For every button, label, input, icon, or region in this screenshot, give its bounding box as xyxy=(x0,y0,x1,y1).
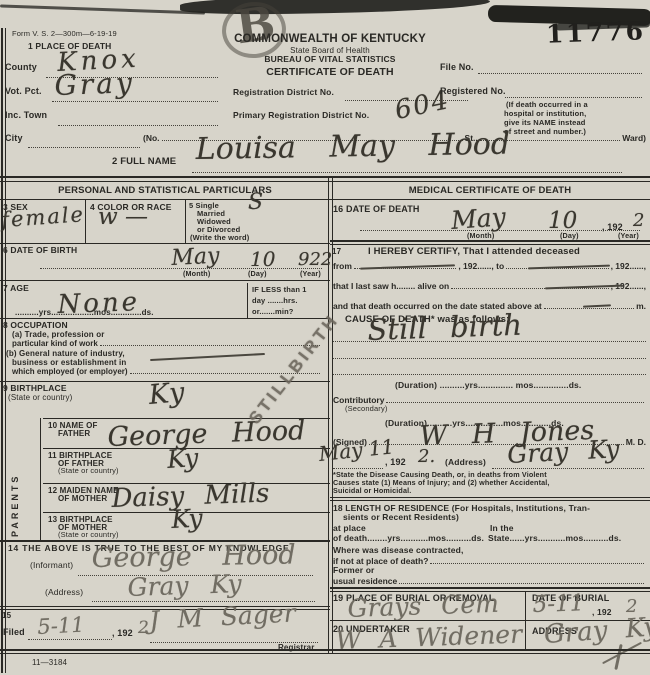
sex-value-handwritten: female xyxy=(1,204,86,231)
father-bp-handwritten: Ky xyxy=(166,445,199,472)
former-residence-label: usual residence xyxy=(333,576,397,586)
burial-date-handwritten: 5-11 xyxy=(532,592,584,617)
informant-value-handwritten: George Hood xyxy=(92,541,296,572)
file-no-line xyxy=(478,72,642,74)
certificate-number: 11776 xyxy=(546,16,646,48)
rule-under-dod1 xyxy=(330,240,650,242)
age-value-handwritten: None xyxy=(57,289,140,318)
city-line xyxy=(28,146,140,148)
death-certificate-scan: B 11776 Form V. S. 2—300m—6-19-19 1 PLAC… xyxy=(0,0,650,675)
registered-no-line xyxy=(505,96,642,98)
occupation-handwritten-dash xyxy=(150,353,265,361)
column-title-underline xyxy=(0,199,650,200)
age-ifless-divider xyxy=(247,283,248,318)
occupation-b1: (b) General nature of industry, xyxy=(6,349,125,358)
inc-town-label: Inc. Town xyxy=(5,110,47,120)
md-label: M. D. xyxy=(626,437,646,447)
mother-bp-label-3: (State or country) xyxy=(58,531,119,540)
footnote-line3: Suicidal or Homicidal. xyxy=(333,487,411,495)
vot-pct-value-handwritten: Gray xyxy=(54,69,135,100)
informant-label: (Informant) xyxy=(30,561,73,571)
former-residence-blank xyxy=(399,582,644,584)
filed-date-handwritten: 5-11 xyxy=(37,615,85,638)
certify-from-label: from xyxy=(333,261,352,271)
cause-line-3 xyxy=(333,373,646,375)
registrar-signature-handwritten: J M Sager xyxy=(149,600,296,633)
birthplace-sub: (State or country) xyxy=(8,393,73,402)
occupation-b3-row: which employed (or employer) xyxy=(12,367,322,376)
primary-reg-label: Primary Registration District No. xyxy=(233,111,369,121)
scan-line-top-left xyxy=(0,4,205,14)
certify-lastsaw-label: that I last saw h........ alive on xyxy=(333,281,449,291)
certify-m-label: m. xyxy=(636,301,646,311)
plate-number: 11—3184 xyxy=(32,658,67,667)
header-divider-top xyxy=(0,176,650,178)
full-name-label: 2 FULL NAME xyxy=(112,157,176,168)
org-commonwealth: COMMONWEALTH OF KENTUCKY xyxy=(195,33,465,46)
father-name-label-2: FATHER xyxy=(58,429,90,438)
not-at-place-row: if not at place of death? xyxy=(333,556,646,566)
burial-place-handwritten: Grays Cem xyxy=(347,591,499,621)
section-15-number: 15 xyxy=(2,611,11,620)
dob-year-unit: (Year) xyxy=(300,270,321,278)
dod-label: 16 DATE OF DEATH xyxy=(333,204,420,214)
ifless-line2: day .......hrs. xyxy=(252,297,298,306)
dod-day-handwritten: 10 xyxy=(548,210,577,233)
contributory-blank xyxy=(386,401,644,403)
father-name-handwritten: George Hood xyxy=(107,417,306,451)
reg-district-label: Registration District No. xyxy=(233,88,334,98)
header-divider-bottom xyxy=(0,181,650,182)
scan-smudge-top-center xyxy=(180,0,490,16)
medical-section-title: MEDICAL CERTIFICATE OF DEATH xyxy=(330,186,650,197)
org-certificate-title: CERTIFICATE OF DEATH xyxy=(195,66,465,78)
father-bp-label-3: (State or country) xyxy=(58,467,119,476)
city-label: City xyxy=(5,133,23,143)
rule-under-footnote1 xyxy=(330,497,650,498)
filed-year-handwritten: 2 xyxy=(138,620,149,637)
rule-under-footnote2 xyxy=(330,500,650,501)
dob-year-handwritten: 922 xyxy=(298,251,332,269)
birthplace-value-handwritten: Ky xyxy=(148,379,188,409)
dob-month-unit: (Month) xyxy=(183,270,210,278)
vot-pct-label: Vot. Pct. xyxy=(5,86,42,96)
age-label: 7 AGE xyxy=(3,284,29,294)
mother-bp-handwritten: Ky xyxy=(171,505,203,532)
sign-year-handwritten: 2. xyxy=(418,448,435,466)
bottom-rule-1 xyxy=(0,649,650,651)
certify-192-to: , 192......, to xyxy=(458,261,504,271)
county-label: County xyxy=(5,62,37,72)
not-at-place-blank xyxy=(430,562,644,564)
occupation-b2: business or establishment in xyxy=(12,358,126,367)
occupation-b3: which employed (or employer) xyxy=(12,367,128,376)
race-value-handwritten: w — xyxy=(98,206,148,229)
informant-address-handwritten: Gray Ky xyxy=(127,571,242,600)
file-no-label: File No. xyxy=(440,62,474,72)
full-name-value-handwritten: Louisa May Hood xyxy=(195,130,510,165)
marital-label-5: (Write the word) xyxy=(190,234,249,243)
occupation-a2: particular kind of work xyxy=(12,339,98,348)
rule-under-dob xyxy=(0,280,330,281)
sign-date-line xyxy=(333,467,383,469)
informant-address-label: (Address) xyxy=(45,588,83,598)
filed-label: Filed xyxy=(3,627,25,637)
dob-month-handwritten: May xyxy=(171,246,220,270)
certify-line1: I HEREBY CERTIFY, That I attended deceas… xyxy=(368,247,580,258)
occupation-a1: (a) Trade, profession or xyxy=(12,330,105,339)
occupation-a2-row: particular kind of work xyxy=(12,339,322,348)
cause-line-2 xyxy=(333,357,646,359)
dod-year-handwritten: 2 xyxy=(633,212,644,230)
full-name-line xyxy=(192,171,622,173)
duration-line-1: (Duration) ..........yrs.............. m… xyxy=(395,381,581,391)
registered-no-label: Registered No. xyxy=(440,86,506,96)
undertaker-address-handwritten: Gray Ky xyxy=(543,614,650,648)
dob-day-handwritten: 10 xyxy=(250,249,275,269)
former-label-1: Former or xyxy=(333,566,375,576)
form-number: Form V. S. 2—300m—6-19-19 xyxy=(12,30,117,39)
sign-address-handwritten: Gray Ky xyxy=(507,436,620,467)
left-border-outer xyxy=(1,28,3,673)
ifless-line1: IF LESS than 1 xyxy=(252,286,307,295)
state-units-line: State......yrs...........mos..........ds… xyxy=(488,534,621,544)
dod-month-handwritten: May xyxy=(450,204,506,233)
sign-address-label: (Address) xyxy=(445,458,486,468)
residence-label-2: sients or Recent Residents) xyxy=(343,513,459,523)
city-no-label: (No. xyxy=(143,133,160,143)
inc-town-line xyxy=(58,124,218,126)
secondary-label: (Secondary) xyxy=(345,405,388,414)
certify-192b: , 192......, xyxy=(611,261,646,271)
dob-day-unit: (Day) xyxy=(248,270,267,278)
org-bureau: BUREAU OF VITAL STATISTICS xyxy=(195,55,465,65)
parents-label: PARENTS xyxy=(10,442,20,537)
city-ward-label: Ward) xyxy=(622,133,646,143)
occupation-a-line xyxy=(100,344,320,346)
contracted-label: Where was disease contracted, xyxy=(333,546,463,556)
personal-section-title: PERSONAL AND STATISTICAL PARTICULARS xyxy=(0,186,330,197)
marital-value-handwritten: S xyxy=(248,192,263,214)
sign-date-handwritten: May 11 xyxy=(318,436,395,464)
filed-year-printed: , 192 xyxy=(112,628,133,638)
race-marital-divider xyxy=(185,200,186,243)
bottom-rule-2 xyxy=(0,653,650,654)
mother-name-label-2: OF MOTHER xyxy=(58,494,107,503)
former-residence-row: usual residence xyxy=(333,576,646,586)
section-17-number: 17 xyxy=(332,247,341,256)
dob-label: 6 DATE OF BIRTH xyxy=(3,246,77,256)
sign-year-printed: , 192 xyxy=(385,457,406,467)
of-death-units-line: of death........yrs...........mos.......… xyxy=(333,534,484,544)
cause-line-1 xyxy=(333,340,646,342)
ifless-line3: or.......min? xyxy=(252,308,294,317)
parents-box-divider xyxy=(40,418,41,540)
